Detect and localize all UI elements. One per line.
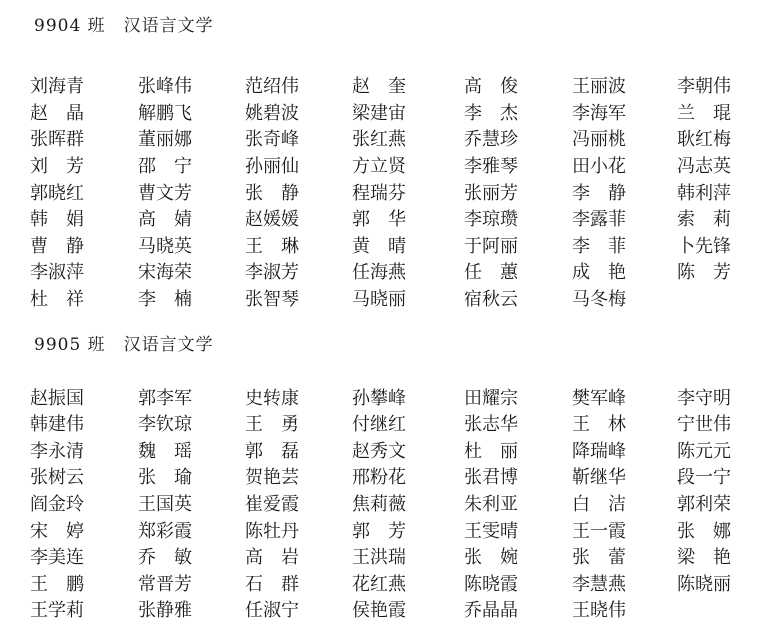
- student-name: 索 莉: [677, 205, 763, 231]
- student-name: 邢粉花: [352, 463, 464, 489]
- student-name: 冯志英: [677, 152, 763, 178]
- student-name: 李琼瓒: [464, 205, 572, 231]
- student-name: 田小花: [572, 152, 677, 178]
- student-name: 李朝伟: [677, 72, 763, 98]
- student-name: 张君博: [464, 463, 572, 489]
- student-name: 于阿丽: [464, 232, 572, 258]
- student-name: 王 鹏: [30, 570, 138, 596]
- student-name: 解鹏飞: [138, 99, 245, 125]
- student-name: 马冬梅: [572, 285, 677, 311]
- student-name: 李钦琼: [138, 410, 245, 436]
- student-name: 张 娜: [677, 517, 763, 543]
- student-name: 任海燕: [352, 258, 464, 284]
- student-name: 王 林: [572, 410, 677, 436]
- student-name: 李 杰: [464, 99, 572, 125]
- student-name: 李 菲: [572, 232, 677, 258]
- student-name: 侯艳霞: [352, 596, 464, 622]
- student-name: 梁 艳: [677, 543, 763, 569]
- student-name: 王 琳: [245, 232, 352, 258]
- student-name: 李美连: [30, 543, 138, 569]
- student-name: 赵 晶: [30, 99, 138, 125]
- student-name: 韩建伟: [30, 410, 138, 436]
- class-heading-9904: 9904 班 汉语言文学: [34, 16, 763, 36]
- name-row: 阎金玲王国英崔爱霞焦莉薇朱利亚白 洁郭利荣: [30, 490, 763, 517]
- student-name: 李淑芳: [245, 258, 352, 284]
- student-name: 梁建宙: [352, 99, 464, 125]
- student-name: 崔爱霞: [245, 490, 352, 516]
- name-row: 刘海青张峰伟范绍伟赵 奎高 俊王丽波李朝伟: [30, 72, 763, 99]
- student-name: 王洪瑞: [352, 543, 464, 569]
- student-name: 郭 芳: [352, 517, 464, 543]
- student-name: 任 蕙: [464, 258, 572, 284]
- student-name: 张 瑜: [138, 463, 245, 489]
- student-name: 王国英: [138, 490, 245, 516]
- student-name: 王一霞: [572, 517, 677, 543]
- student-name: 白 洁: [572, 490, 677, 516]
- class-section-9905: 9905 班 汉语言文学 赵振国郭李军史转康孙攀峰田耀宗樊军峰李守明韩建伟李钦琼…: [30, 335, 763, 622]
- student-name: 乔 敏: [138, 543, 245, 569]
- student-name: 王 勇: [245, 410, 352, 436]
- student-name: 孙攀峰: [352, 384, 464, 410]
- name-row: 宋 婷郑彩霞陈牡丹郭 芳王雯晴王一霞张 娜: [30, 516, 763, 543]
- student-name: 张 静: [245, 179, 352, 205]
- student-name: 魏 瑶: [138, 437, 245, 463]
- student-name: 赵媛媛: [245, 205, 352, 231]
- student-name: 曹 静: [30, 232, 138, 258]
- student-name: 李海军: [572, 99, 677, 125]
- name-row: 韩 娟高 婧赵媛媛郭 华李琼瓒李露菲索 莉: [30, 205, 763, 232]
- student-name: 郭利荣: [677, 490, 763, 516]
- student-name: 王雯晴: [464, 517, 572, 543]
- student-name: 石 群: [245, 570, 352, 596]
- student-name: 花红燕: [352, 570, 464, 596]
- student-name: 王丽波: [572, 72, 677, 98]
- student-name: 朱利亚: [464, 490, 572, 516]
- student-name: 宁世伟: [677, 410, 763, 436]
- student-name: 耿红梅: [677, 125, 763, 151]
- name-row: 王 鹏常晋芳石 群花红燕陈晓霞李慧燕陈晓丽: [30, 570, 763, 597]
- name-row: 杜 祥李 楠张智琴马晓丽宿秋云马冬梅: [30, 285, 763, 312]
- student-name: 兰 琨: [677, 99, 763, 125]
- student-name: 韩利萍: [677, 179, 763, 205]
- student-name: 刘海青: [30, 72, 138, 98]
- name-grid-9904: 刘海青张峰伟范绍伟赵 奎高 俊王丽波李朝伟赵 晶解鹏飞姚碧波梁建宙李 杰李海军兰…: [30, 72, 763, 311]
- student-name: 陈晓霞: [464, 570, 572, 596]
- student-name: 王学莉: [30, 596, 138, 622]
- student-name: 赵 奎: [352, 72, 464, 98]
- student-name: 张红燕: [352, 125, 464, 151]
- name-row: 刘 芳邵 宁孙丽仙方立贤李雅琴田小花冯志英: [30, 152, 763, 179]
- student-name: 陈元元: [677, 437, 763, 463]
- name-row: 韩建伟李钦琼王 勇付继红张志华王 林宁世伟: [30, 410, 763, 437]
- class-section-9904: 9904 班 汉语言文学 刘海青张峰伟范绍伟赵 奎高 俊王丽波李朝伟赵 晶解鹏飞…: [30, 16, 763, 311]
- student-name: 李雅琴: [464, 152, 572, 178]
- name-row: 李永清魏 瑶郭 磊赵秀文杜 丽降瑞峰陈元元: [30, 437, 763, 464]
- student-name: 李永清: [30, 437, 138, 463]
- student-name: 陈牡丹: [245, 517, 352, 543]
- student-name: 董丽娜: [138, 125, 245, 151]
- student-name: 宋海荣: [138, 258, 245, 284]
- student-name: 卜先锋: [677, 232, 763, 258]
- student-name: 张 婉: [464, 543, 572, 569]
- student-name: 郭 华: [352, 205, 464, 231]
- student-name: 乔晶晶: [464, 596, 572, 622]
- name-row: 张晖群董丽娜张奇峰张红燕乔慧珍冯丽桃耿红梅: [30, 125, 763, 152]
- name-row: 李美连乔 敏高 岩王洪瑞张 婉张 蕾梁 艳: [30, 543, 763, 570]
- student-name: 成 艳: [572, 258, 677, 284]
- student-name: 张峰伟: [138, 72, 245, 98]
- name-grid-9905: 赵振国郭李军史转康孙攀峰田耀宗樊军峰李守明韩建伟李钦琼王 勇付继红张志华王 林宁…: [30, 383, 763, 622]
- student-name: 陈 芳: [677, 258, 763, 284]
- student-name: 程瑞芬: [352, 179, 464, 205]
- student-name: 张晖群: [30, 125, 138, 151]
- student-name: 刘 芳: [30, 152, 138, 178]
- class-heading-9905: 9905 班 汉语言文学: [34, 335, 763, 355]
- student-name: 段一宁: [677, 463, 763, 489]
- student-name: 任淑宁: [245, 596, 352, 622]
- student-name: 张树云: [30, 463, 138, 489]
- student-name: 张奇峰: [245, 125, 352, 151]
- name-row: 赵振国郭李军史转康孙攀峰田耀宗樊军峰李守明: [30, 383, 763, 410]
- student-name: 高 俊: [464, 72, 572, 98]
- student-name: 田耀宗: [464, 384, 572, 410]
- student-name: 杜 丽: [464, 437, 572, 463]
- student-name: 张丽芳: [464, 179, 572, 205]
- student-name: 李守明: [677, 384, 763, 410]
- student-name: 李露菲: [572, 205, 677, 231]
- student-name: 常晋芳: [138, 570, 245, 596]
- student-name: 郭李军: [138, 384, 245, 410]
- student-name: 付继红: [352, 410, 464, 436]
- student-name: 韩 娟: [30, 205, 138, 231]
- student-name: 冯丽桃: [572, 125, 677, 151]
- student-name: 阎金玲: [30, 490, 138, 516]
- name-row: 曹 静马晓英王 琳黄 晴于阿丽李 菲卜先锋: [30, 232, 763, 259]
- student-name: 郭晓红: [30, 179, 138, 205]
- student-name: 马晓英: [138, 232, 245, 258]
- student-name: 张智琴: [245, 285, 352, 311]
- student-name: 杜 祥: [30, 285, 138, 311]
- student-name: 张静雅: [138, 596, 245, 622]
- name-row: 张树云张 瑜贺艳芸邢粉花张君博靳继华段一宁: [30, 463, 763, 490]
- name-row: 赵 晶解鹏飞姚碧波梁建宙李 杰李海军兰 琨: [30, 99, 763, 126]
- student-name: 赵振国: [30, 384, 138, 410]
- student-name: 樊军峰: [572, 384, 677, 410]
- name-row: 王学莉张静雅任淑宁侯艳霞乔晶晶王晓伟: [30, 596, 763, 623]
- student-name: 方立贤: [352, 152, 464, 178]
- student-name: 李 静: [572, 179, 677, 205]
- student-name: 高 岩: [245, 543, 352, 569]
- student-name: 孙丽仙: [245, 152, 352, 178]
- student-name: 贺艳芸: [245, 463, 352, 489]
- student-name: 降瑞峰: [572, 437, 677, 463]
- student-name: 曹文芳: [138, 179, 245, 205]
- student-name: 王晓伟: [572, 596, 677, 622]
- student-name: 宿秋云: [464, 285, 572, 311]
- student-name: 李 楠: [138, 285, 245, 311]
- name-row: 李淑萍宋海荣李淑芳任海燕任 蕙成 艳陈 芳: [30, 258, 763, 285]
- student-name: 史转康: [245, 384, 352, 410]
- student-name: 李慧燕: [572, 570, 677, 596]
- student-name: 郑彩霞: [138, 517, 245, 543]
- student-name: 陈晓丽: [677, 570, 763, 596]
- name-row: 郭晓红曹文芳张 静程瑞芬张丽芳李 静韩利萍: [30, 178, 763, 205]
- student-name: 范绍伟: [245, 72, 352, 98]
- student-name: 宋 婷: [30, 517, 138, 543]
- student-name: 高 婧: [138, 205, 245, 231]
- roster-page: 9904 班 汉语言文学 刘海青张峰伟范绍伟赵 奎高 俊王丽波李朝伟赵 晶解鹏飞…: [0, 0, 763, 623]
- student-name: 靳继华: [572, 463, 677, 489]
- student-name: 赵秀文: [352, 437, 464, 463]
- student-name: 张志华: [464, 410, 572, 436]
- student-name: 邵 宁: [138, 152, 245, 178]
- student-name: 马晓丽: [352, 285, 464, 311]
- student-name: 郭 磊: [245, 437, 352, 463]
- student-name: 张 蕾: [572, 543, 677, 569]
- student-name: 黄 晴: [352, 232, 464, 258]
- student-name: 姚碧波: [245, 99, 352, 125]
- student-name: 乔慧珍: [464, 125, 572, 151]
- student-name: 李淑萍: [30, 258, 138, 284]
- student-name: 焦莉薇: [352, 490, 464, 516]
